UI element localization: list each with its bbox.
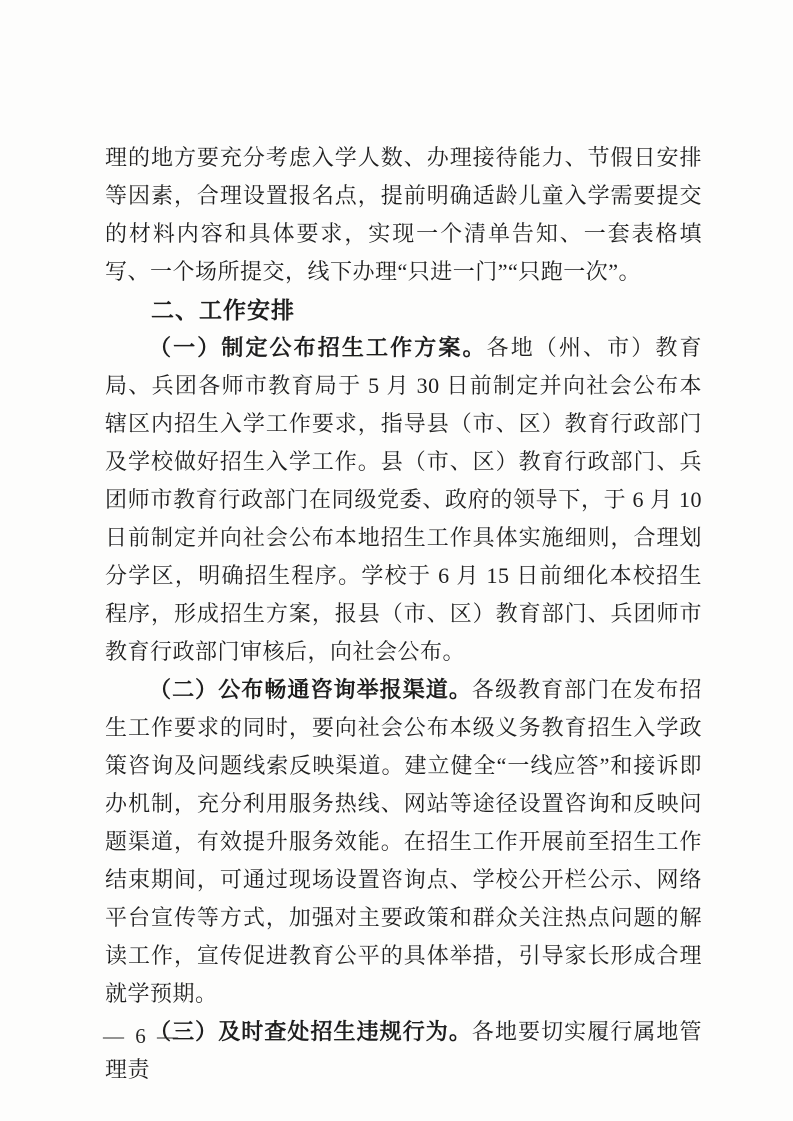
paragraph-item-3: （三）及时查处招生违规行为。各地要切实履行属地管理责 [105, 1013, 702, 1089]
paragraph-text: 各地（州、市）教育局、兵团各师市教育局于 5 月 30 日前制定并向社会公布本辖… [105, 335, 702, 664]
page-number: — 6 — [103, 1024, 181, 1049]
paragraph-text: 各级教育部门在发布招生工作要求的同时，要向社会公布本级义务教育招生入学政策咨询及… [105, 677, 702, 1006]
paragraph-item-1: （一）制定公布招生工作方案。各地（州、市）教育局、兵团各师市教育局于 5 月 3… [105, 329, 702, 671]
paragraph-lead: （三）及时查处招生违规行为。 [149, 1019, 472, 1044]
document-body: 理的地方要充分考虑入学人数、办理接待能力、节假日安排等因素，合理设置报名点，提前… [105, 139, 702, 1089]
scanned-document-page: 理的地方要充分考虑入学人数、办理接待能力、节假日安排等因素，合理设置报名点，提前… [0, 0, 793, 1121]
paragraph-item-2: （二）公布畅通咨询举报渠道。各级教育部门在发布招生工作要求的同时，要向社会公布本… [105, 671, 702, 1013]
paragraph-continuation: 理的地方要充分考虑入学人数、办理接待能力、节假日安排等因素，合理设置报名点，提前… [105, 139, 702, 291]
paragraph-lead: （一）制定公布招生工作方案。 [149, 335, 487, 360]
paragraph-text: 理的地方要充分考虑入学人数、办理接待能力、节假日安排等因素，合理设置报名点，提前… [105, 145, 702, 284]
section-heading: 二、工作安排 [105, 291, 702, 329]
paragraph-lead: （二）公布畅通咨询举报渠道。 [149, 677, 472, 702]
